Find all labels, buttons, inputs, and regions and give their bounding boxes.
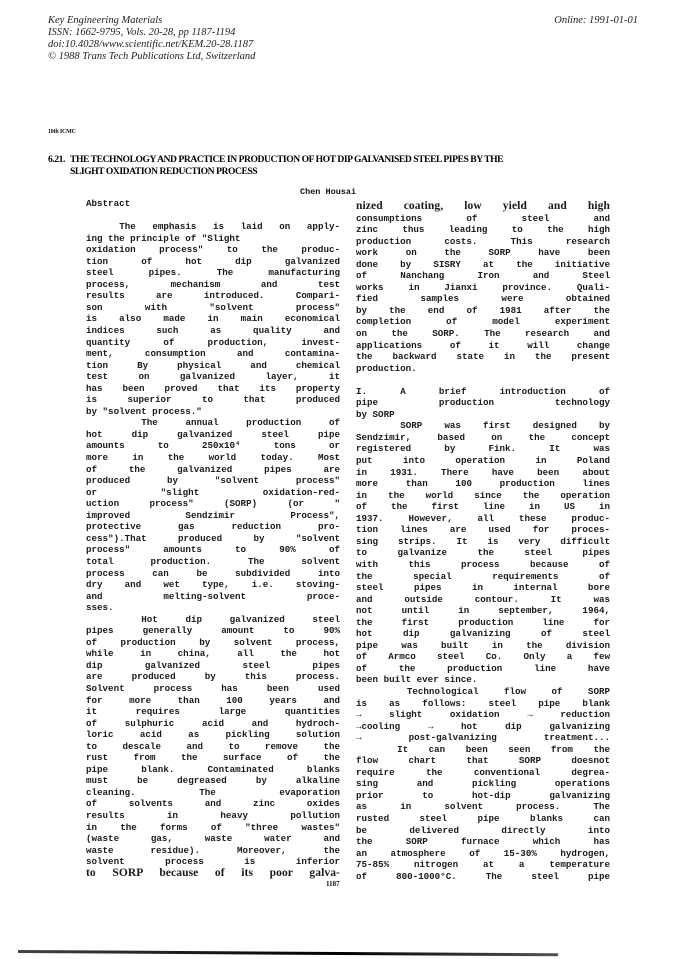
- text-line: in 1931. There have been about: [356, 467, 610, 479]
- text-line: of 800-1000°C. The steel pipe: [356, 871, 610, 883]
- text-line: oxidation process" to the produc-: [86, 244, 340, 256]
- text-line: cleaning. The evaporation: [86, 787, 340, 799]
- text-line: consumptions of steel and: [356, 213, 610, 225]
- text-line: ment, consumption and contamina-: [86, 348, 340, 360]
- text-line: results in heavy pollution: [86, 810, 340, 822]
- text-line: to galvanize the steel pipes: [356, 547, 610, 559]
- title-line-1: THE TECHNOLOGY AND PRACTICE IN PRODUCTIO…: [70, 154, 503, 165]
- text-line: 75-85% nitrogen at a temperature: [356, 859, 610, 871]
- text-line: Technological flow of SORP: [356, 686, 610, 698]
- text-line: fied samples were obtained: [356, 293, 610, 305]
- author-name: Chen Housai: [300, 187, 356, 197]
- text-line: steel pipes in internal bore: [356, 582, 610, 594]
- text-line: → slight oxidation → reduction: [356, 709, 610, 721]
- text-line: more in the world today. Most: [86, 452, 340, 464]
- abstract-heading: Abstract: [86, 198, 340, 210]
- text-line: while in china, all the hot: [86, 648, 340, 660]
- text-line: It can been seen from the: [356, 744, 610, 756]
- text-line: of the first line in US in: [356, 501, 610, 513]
- text-line: son with "solvent process": [86, 302, 340, 314]
- left-column-text: The emphasis is laid on apply-ing the pr…: [86, 221, 340, 879]
- text-line: improved Sendzimir Process",: [86, 510, 340, 522]
- online-date: Online: 1991-01-01: [554, 15, 638, 27]
- text-line: Sendzimir, based on the concept: [356, 432, 610, 444]
- text-line: pipe was built in the division: [356, 640, 610, 652]
- doi-line: doi:10.4028/www.scientific.net/KEM.20-28…: [48, 39, 255, 51]
- right-column: nized coating, low yield and highconsump…: [356, 201, 610, 882]
- paper-title: 6.21.THE TECHNOLOGY AND PRACTICE IN PROD…: [48, 154, 648, 178]
- text-line: production.: [356, 363, 610, 375]
- section-heading: I. A brief introduction ofpipe productio…: [356, 386, 610, 421]
- text-line: put into operation in Poland: [356, 455, 610, 467]
- text-line: flow chart that SORP doesnot: [356, 755, 610, 767]
- text-line: work on the SORP have been: [356, 247, 610, 259]
- text-line: dip galvanized steel pipes: [86, 660, 340, 672]
- text-line: are produced by this process.: [86, 671, 340, 683]
- text-line: sses.: [86, 602, 340, 614]
- text-line: quantity of production, invest-: [86, 337, 340, 349]
- text-line: Solvent process has been used: [86, 683, 340, 695]
- text-line: process" amounts to 90% of: [86, 544, 340, 556]
- text-line: not until in september, 1964,: [356, 605, 610, 617]
- section-number: 6.21.: [48, 154, 70, 166]
- text-line: amounts to 250x10⁴ tons or: [86, 440, 340, 452]
- text-line: tion lines are used for proces-: [356, 524, 610, 536]
- text-line: prior to hot-dip galvanizing: [356, 790, 610, 802]
- text-line: is also made in main economical: [86, 313, 340, 325]
- text-line: I. A brief introduction of: [356, 386, 610, 398]
- text-line: more than 100 production lines: [356, 478, 610, 490]
- text-line: by "solvent process.": [86, 406, 340, 418]
- right-column-text-b: SORP was first designed bySendzimir, bas…: [356, 420, 610, 882]
- text-line: pipe blank. Contaminated blanks: [86, 764, 340, 776]
- text-line: 1937. However, all these produc-: [356, 513, 610, 525]
- text-line: →cooling → hot dip galvanizing: [356, 721, 610, 733]
- text-line: the backward state in the present: [356, 351, 610, 363]
- text-line: with this process because of: [356, 559, 610, 571]
- text-line: of solvents and zinc oxides: [86, 798, 340, 810]
- text-line: loric acid as pickling solution: [86, 729, 340, 741]
- text-line: solvent process is inferior: [86, 856, 340, 868]
- journal-name: Key Engineering Materials: [48, 15, 255, 27]
- text-line: on the SORP. The research and: [356, 328, 610, 340]
- text-line: applications of it will change: [356, 340, 610, 352]
- text-line: as in solvent process. The: [356, 801, 610, 813]
- text-line: it requires large quantities: [86, 706, 340, 718]
- text-line: to descale and to remove the: [86, 741, 340, 753]
- right-column-text-a: nized coating, low yield and highconsump…: [356, 201, 610, 374]
- text-line: of the production line have: [356, 663, 610, 675]
- text-line: dry and wet type, i.e. stoving-: [86, 579, 340, 591]
- text-line: test on galvanized layer, it: [86, 371, 340, 383]
- text-line: done by SISRY at the initiative: [356, 259, 610, 271]
- text-line: an atmosphere of 15-30% hydrogen,: [356, 848, 610, 860]
- scan-edge-rule: [18, 950, 558, 956]
- text-line: zinc thus leading to the high: [356, 224, 610, 236]
- text-line: the first production line for: [356, 617, 610, 629]
- text-line: tion of hot dip galvanized: [86, 256, 340, 268]
- text-line: pipes generally amount to 90%: [86, 625, 340, 637]
- text-line: for more than 100 years and: [86, 695, 340, 707]
- text-line: The annual production of: [86, 417, 340, 429]
- text-line: registered by Fink. It was: [356, 443, 610, 455]
- text-line: is superior to that produced: [86, 394, 340, 406]
- text-line: of sulphuric acid and hydroch-: [86, 718, 340, 730]
- text-line: of Armco steel Co. Only a few: [356, 651, 610, 663]
- text-line: → post-galvanizing treatment...: [356, 732, 610, 744]
- text-line: of Nanchang Iron and Steel: [356, 270, 610, 282]
- text-line: production costs. This research: [356, 236, 610, 248]
- text-line: or "slight oxidation-red-: [86, 487, 340, 499]
- text-line: of the galvanized pipes are: [86, 464, 340, 476]
- text-line: is as follows: steel pipe blank: [356, 698, 610, 710]
- text-line: The emphasis is laid on apply-: [86, 221, 340, 233]
- text-line: uction process" (SORP) (or ": [86, 498, 340, 510]
- text-line: by the end of 1981 after the: [356, 305, 610, 317]
- text-line: by SORP: [356, 409, 610, 421]
- text-line: the SORP furnace which has: [356, 836, 610, 848]
- text-line: process, mechanism and test: [86, 279, 340, 291]
- journal-header: Key Engineering Materials ISSN: 1662-979…: [48, 15, 255, 63]
- text-line: and outside contour. It was: [356, 594, 610, 606]
- text-line: the special requirements of: [356, 571, 610, 583]
- text-line: been built ever since.: [356, 674, 610, 686]
- text-line: steel pipes. The manufacturing: [86, 267, 340, 279]
- text-line: cess").That produced by "solvent: [86, 533, 340, 545]
- text-line: rust from the surface of the: [86, 752, 340, 764]
- issn-line: ISSN: 1662-9795, Vols. 20-28, pp 1187-11…: [48, 27, 255, 39]
- text-line: must be degreased by alkaline: [86, 775, 340, 787]
- text-line: in the world since the operation: [356, 490, 610, 502]
- text-line: results are introduced. Compari-: [86, 290, 340, 302]
- text-line: process can be subdivided into: [86, 568, 340, 580]
- text-line: (waste gas, waste water and: [86, 833, 340, 845]
- text-line: require the conventional degrea-: [356, 767, 610, 779]
- text-line: protective gas reduction pro-: [86, 521, 340, 533]
- text-line: ing the principle of "Slight: [86, 233, 340, 245]
- text-line: rusted steel pipe blanks can: [356, 813, 610, 825]
- text-line: in the forms of "three wastes": [86, 822, 340, 834]
- title-line-2: SLIGHT OXIDATION REDUCTION PROCESS: [48, 166, 648, 178]
- text-line: works in Jianxi province. Quali-: [356, 282, 610, 294]
- text-line: produced by "solvent process": [86, 475, 340, 487]
- text-line: nized coating, low yield and high: [356, 201, 610, 213]
- text-line: pipe production technology: [356, 397, 610, 409]
- conference-label: 10th ICMC: [48, 129, 76, 135]
- text-line: completion of model experiment: [356, 316, 610, 328]
- page-number: 1187: [326, 880, 340, 888]
- text-line: sing strips. It is very difficult: [356, 536, 610, 548]
- text-line: sing and pickling operations: [356, 778, 610, 790]
- text-line: has been proved that its property: [86, 383, 340, 395]
- text-line: tion By physical and chemical: [86, 360, 340, 372]
- left-column: Abstract The emphasis is laid on apply-i…: [86, 198, 340, 879]
- text-line: be delivered directly into: [356, 825, 610, 837]
- text-line: of production by solvent process,: [86, 637, 340, 649]
- text-line: to SORP because of its poor galva-: [86, 868, 340, 880]
- text-line: SORP was first designed by: [356, 420, 610, 432]
- text-line: and melting-solvent proce-: [86, 591, 340, 603]
- text-line: Hot dip galvanized steel: [86, 614, 340, 626]
- text-line: waste residue). Moreover, the: [86, 845, 340, 857]
- text-line: hot dip galvanized steel pipe: [86, 429, 340, 441]
- text-line: hot dip galvanizing of steel: [356, 628, 610, 640]
- text-line: total production. The solvent: [86, 556, 340, 568]
- copyright-line: © 1988 Trans Tech Publications Ltd, Swit…: [48, 51, 255, 63]
- text-line: indices such as quality and: [86, 325, 340, 337]
